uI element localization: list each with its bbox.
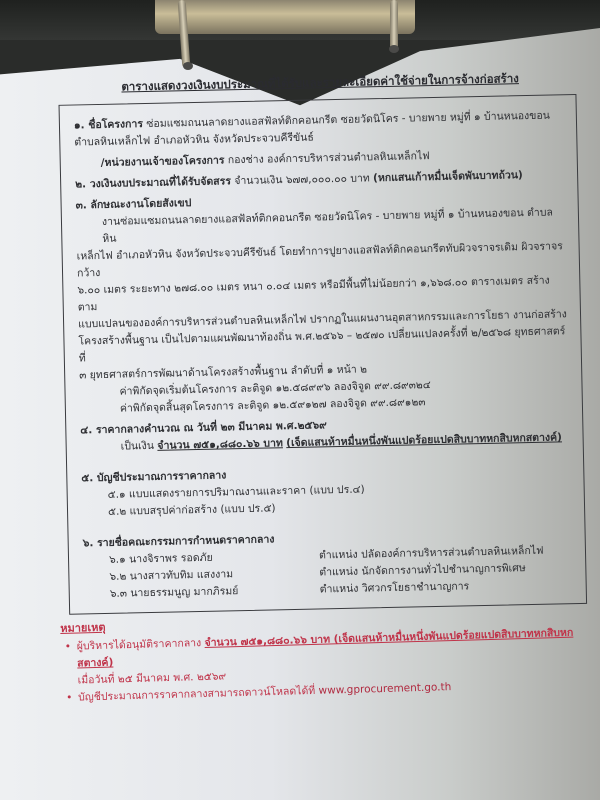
section4-amount-words: (เจ็ดแสนห้าหมื่นหนึ่งพันแปดร้อยแปดสิบบาท… [286,431,562,449]
owner-label: /หน่วยงานเจ้าของโครงการ [101,154,225,169]
section-description: ๓. ลักษณะงานโดยสังเขป งานซ่อมแซมถนนลาดยา… [75,187,570,418]
section2-label: ๒. วงเงินงบประมาณที่ได้รับจัดสรร [75,175,231,190]
section4-amount: จำนวน ๗๕๑,๘๘๐.๖๖ บาท [157,437,283,452]
remarks-list: ผู้บริหารได้อนุมัติราคากลาง จำนวน ๗๕๑,๘๘… [61,624,583,706]
remark1-prefix: ผู้บริหารได้อนุมัติราคากลาง [77,637,202,652]
remarks-section: หมายเหตุ ผู้บริหารได้อนุมัติราคากลาง จำน… [60,605,582,706]
owner-value: กองช่าง องค์การบริหารส่วนตำบลหินเหล็กไฟ [228,150,430,166]
section2-amount-words: (หกแสนเก้าหมื่นเจ็ดพันบาทถ้วน) [373,169,523,184]
section-estimate-list: ๕. บัญชีประมาณการราคากลาง ๕.๑ แบบแสดงราย… [81,460,572,521]
section-median-price: ๔. ราคากลางคำนวณ ณ วันที่ ๒๓ มีนาคม พ.ศ.… [80,412,571,456]
gprocurement-link[interactable]: www.gprocurement.go.th [318,681,451,697]
section4-prefix: เป็นเงิน [121,440,155,453]
section-project-name: ๑. ชื่อโครงการ ซ่อมแซมถนนลาดยางแอสฟัลท์ต… [74,107,565,172]
section1-label: ๑. ชื่อโครงการ [74,118,143,131]
document-body: ตารางแสดงวงเงินงบประมาณที่ได้รับและรายละ… [50,69,591,615]
remark2-text: บัญชีประมาณการราคากลางสามารถดาวน์โหลดได้… [78,685,315,704]
member-position: ตำแหน่ง วิศวกรโยธาชำนาญการ [320,578,470,598]
binder-ring-mechanism [155,0,415,34]
punch-hole-right [389,45,399,53]
punch-hole-left [183,62,193,70]
section2-amount: จำนวนเงิน ๖๗๗,๐๐๐.๐๐ บาท [234,172,370,187]
section-committee: ๖. รายชื่อคณะกรรมการกำหนดราคากลาง ๖.๑ นา… [83,525,574,603]
binder-ring-right [390,0,398,50]
member-name: ๖.๓ นายธรรมนูญ มากภิรมย์ [84,581,320,603]
details-frame: ๑. ชื่อโครงการ ซ่อมแซมถนนลาดยางแอสฟัลท์ต… [59,94,588,615]
